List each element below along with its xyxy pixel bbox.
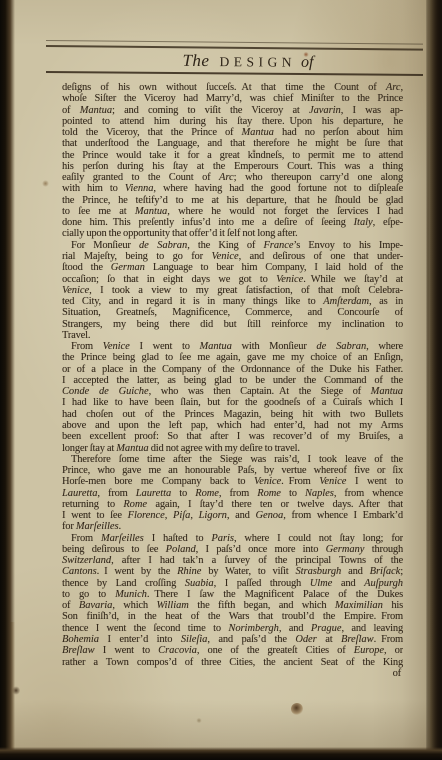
text-line: the Prince would take it for a great kin… [62, 150, 403, 161]
text-line: pointed to attend him during his ſtay th… [62, 116, 403, 127]
text-line: deſigns of his own without ſucceſs. At t… [62, 82, 403, 93]
text-line: Venice, I took a view to my great ſatisf… [62, 285, 403, 296]
text-line: Horſe-men bore me Company back to Venice… [62, 476, 403, 487]
text-line: Lauretta, from Lauretta to Rome, from Ro… [62, 488, 403, 499]
text-line: ſtood the German Language to bear him Co… [62, 262, 403, 273]
binding-shadow [0, 0, 15, 760]
ink-stain [291, 703, 303, 715]
text-line: Cantons. I went by the Rhine by Water, t… [62, 566, 403, 577]
page-text-block: deſigns of his own without ſucceſs. At t… [62, 82, 403, 679]
text-line: Therefore ſome time after the Siege was … [62, 454, 403, 465]
text-line: rather a Town compos’d of three Cities, … [62, 657, 403, 668]
text-line: longer ſtay at Mantua did not agree with… [62, 443, 403, 454]
head-rule-top-outer [46, 40, 423, 45]
text-line: Situation, Greatneſs, Magnificence, Comm… [62, 307, 403, 318]
text-line: thence I went the ſecond time to Norimbe… [62, 623, 403, 634]
text-line: eaſily granted to the Count of Arc; who … [62, 172, 403, 183]
text-line: rial Majeſty, being to go for Venice, an… [62, 251, 403, 262]
running-head-design: DESIGN [219, 54, 296, 70]
text-line: I went to ſee Florence, Piſa, Ligorn, an… [62, 510, 403, 521]
text-line: cially upon the opportunity that offer’d… [62, 228, 403, 239]
text-line: Switzerland, after I had tak’n a ſurvey … [62, 555, 403, 566]
text-line: told the Viceroy, that the Prince of Man… [62, 127, 403, 138]
ink-stain [196, 718, 202, 723]
text-line: the Prince, he teſtify’d to me at his de… [62, 195, 403, 206]
text-line: or of a place in the Company of the Ordo… [62, 364, 403, 375]
text-line: ted City, and in regard it is in many th… [62, 296, 403, 307]
text-line: Bohemia I enter’d into Sileſia, and paſs… [62, 634, 403, 645]
text-line: above and upon the left pap, which had e… [62, 420, 403, 431]
text-line: the Prince being glad to ſee me again, g… [62, 352, 403, 363]
text-line: had choſen out of the Princes Magazin, b… [62, 409, 403, 420]
text-line: Prince, who gave me an honourable Paſs, … [62, 465, 403, 476]
text-line: From Venice I went to Mantua with Monſie… [62, 341, 403, 352]
text-line: Strangers, my being there did but ſtill … [62, 319, 403, 330]
text-line: From Marſeilles I haſted to Paris, where… [62, 533, 403, 544]
text-line: of Mantua; and coming to viſit the Vicer… [62, 105, 403, 116]
text-line: being deſirous to ſee Poland, I paſs’d o… [62, 544, 403, 555]
catchword: of [62, 668, 403, 679]
ink-stain [42, 180, 49, 187]
running-head: TheDESIGNof [55, 48, 419, 74]
text-line: whoſe Siſter the Viceroy had Marry’d, wa… [62, 93, 403, 104]
text-line: of Bavaria, which William the fifth bega… [62, 600, 403, 611]
text-line: thence by Land croſſing Suabia, I paſſed… [62, 578, 403, 589]
text-line: his perſon during his ſtay at the Empero… [62, 161, 403, 172]
running-head-of: of [301, 54, 314, 71]
text-line: been excellent proof: So that after I wa… [62, 431, 403, 442]
text-line: For Monſieur de Sabran, the King of Fran… [62, 240, 403, 251]
scanned-book-page: TheDESIGNof deſigns of his own without ſ… [0, 0, 442, 760]
text-line: occaſion; ſo that in eight days we got t… [62, 274, 403, 285]
text-line: I accepted the latter, as being glad to … [62, 375, 403, 386]
scan-edge-bottom [0, 747, 442, 760]
text-line: with him to Vienna, where having had the… [62, 183, 403, 194]
text-line: Son finiſh’d, in the heat of the Wars th… [62, 611, 403, 622]
text-line: returning to Rome again, I ſtay’d there … [62, 499, 403, 510]
running-head-the: The [182, 51, 209, 70]
text-line: done him. This preſently infus’d into me… [62, 217, 403, 228]
text-line: for Marſeilles. [62, 521, 403, 532]
text-line: to go to Munich. There I ſaw the Magnifi… [62, 589, 403, 600]
text-line: Breſlaw I went to Cracovia, one of the g… [62, 645, 403, 656]
scan-edge-right [426, 0, 442, 760]
text-line: Travel. [62, 330, 403, 341]
text-line: I had like to have been ſlain, but for t… [62, 397, 403, 408]
text-line: to ſee me at Mantua, where he would not … [62, 206, 403, 217]
text-line: Conde de Guiche, who was then Captain. A… [62, 386, 403, 397]
text-line: that underſtood the Language, and that t… [62, 138, 403, 149]
